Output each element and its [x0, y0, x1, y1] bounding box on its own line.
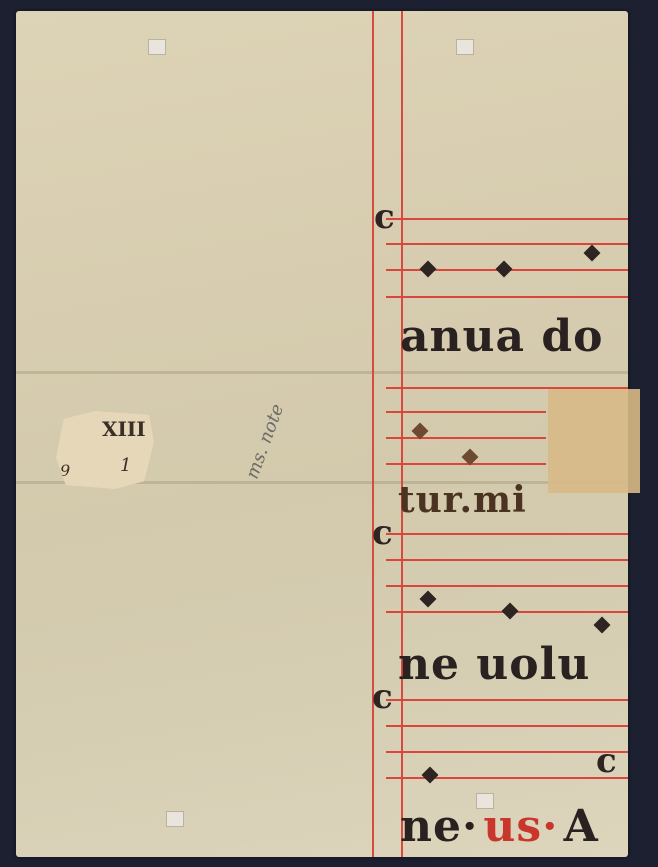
margin-rule — [372, 11, 374, 857]
staff-line — [386, 411, 546, 413]
vellum-cover: c anua do tur.mi c ne uolu c c ne· us· A… — [16, 11, 628, 857]
staff-line — [386, 725, 628, 727]
repair-patch — [548, 389, 640, 493]
spine-label: XIII 1 9 — [56, 411, 154, 489]
margin-rule — [401, 11, 403, 857]
text-line-2: tur.mi — [398, 479, 527, 521]
text-line-1: anua do — [400, 311, 603, 362]
staff-line — [386, 533, 628, 535]
staff-line — [386, 296, 628, 298]
clasp-tab — [148, 39, 166, 55]
text-black: ne· — [400, 801, 478, 852]
label-side-mark: 9 — [60, 461, 70, 480]
neume — [584, 245, 601, 262]
text-rubric: us· — [483, 801, 558, 852]
staff-line — [386, 559, 628, 561]
staff-line — [386, 463, 546, 465]
neume — [502, 603, 519, 620]
neume — [422, 767, 439, 784]
staff-line — [386, 777, 628, 779]
text-line-4: ne· us· A — [400, 801, 599, 852]
staff-line — [386, 218, 628, 220]
staff-line — [386, 437, 546, 439]
neume — [420, 591, 437, 608]
c-clef: c — [372, 677, 393, 717]
c-clef: c — [374, 197, 395, 237]
label-number: 1 — [120, 455, 131, 476]
clasp-tab — [456, 39, 474, 55]
c-clef: c — [372, 513, 393, 553]
text-line-3: ne uolu — [398, 639, 590, 690]
neume — [594, 617, 611, 634]
roman-numeral: XIII — [102, 417, 146, 441]
neume — [496, 261, 513, 278]
staff-line — [386, 585, 628, 587]
staff-line — [386, 699, 628, 701]
spine-handwriting: ms. note — [242, 401, 288, 482]
staff-line — [386, 751, 628, 753]
custos: c — [596, 741, 617, 781]
clasp-tab — [166, 811, 184, 827]
text-initial: A — [564, 801, 599, 852]
spine-fold — [16, 371, 628, 374]
neume — [420, 261, 437, 278]
